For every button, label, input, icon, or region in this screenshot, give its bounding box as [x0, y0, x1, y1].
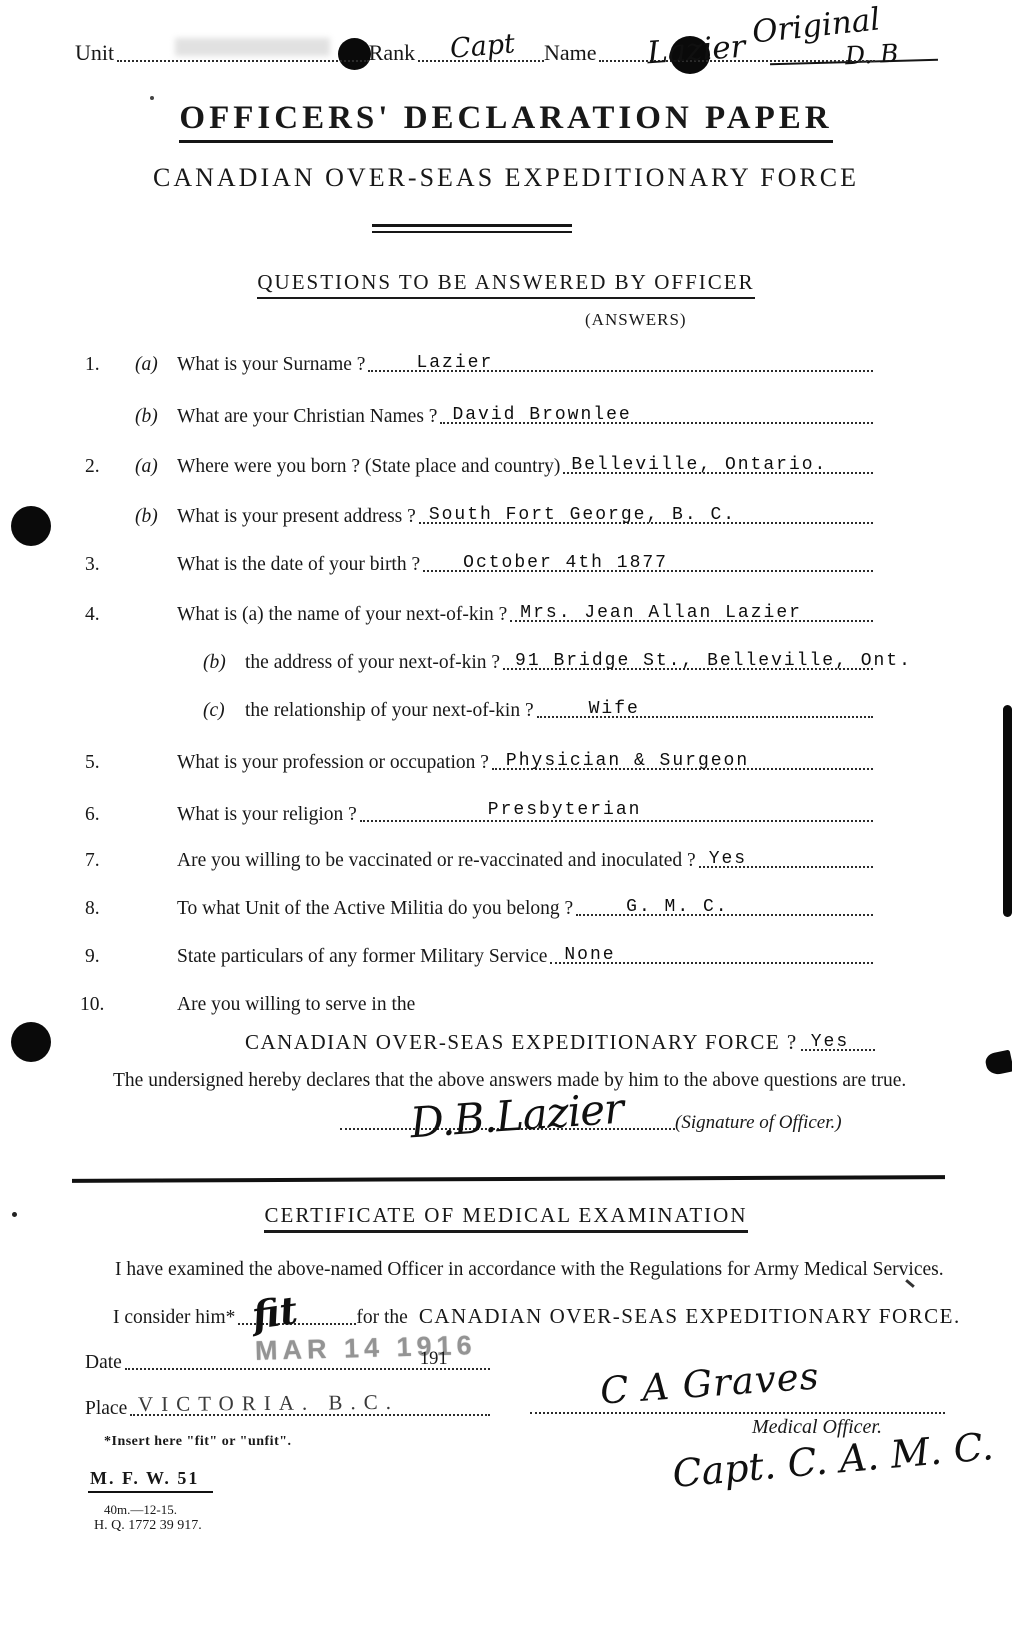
question-row: 4. What is (a) the name of your next-of-… [85, 604, 873, 626]
answer-value: Lazier [416, 353, 493, 373]
date-row: Date 191 [85, 1352, 490, 1374]
page-subtitle: CANADIAN OVER-SEAS EXPEDITIONARY FORCE [153, 163, 859, 192]
hq-number: H. Q. 1772 39 917. [94, 1518, 202, 1534]
place-field: VICTORIA. B.C. [130, 1406, 490, 1416]
answer-field: Yes [801, 1041, 875, 1051]
consider-force: CANADIAN OVER-SEAS EXPEDITIONARY FORCE. [411, 1304, 964, 1329]
force-question-row: CANADIAN OVER-SEAS EXPEDITIONARY FORCE ?… [245, 1030, 875, 1055]
date-year-prefix: 191 [420, 1349, 448, 1370]
question-row: 2. (a) Where were you born ? (State plac… [85, 456, 873, 478]
answer-value: Belleville, Ontario. [571, 455, 827, 475]
question-row: 6. What is your religion ? Presbyterian [85, 804, 873, 826]
answer-field: Yes [699, 858, 873, 868]
answers-label: (ANSWERS) [585, 310, 687, 330]
question-number: 6. [85, 804, 177, 826]
answer-value: G. M. C. [626, 897, 728, 917]
signature-field: D.B.Lazier [340, 1120, 675, 1130]
question-text: Where were you born ? (State place and c… [177, 456, 563, 478]
consider-prefix: I consider him* [113, 1307, 238, 1329]
question-sub: (b) [203, 652, 245, 674]
question-text: Are you willing to be vaccinated or re-v… [177, 850, 699, 872]
answer-value: Presbyterian [488, 800, 642, 820]
answer-field: Belleville, Ontario. [563, 464, 873, 474]
page-title: OFFICERS' DECLARATION PAPER [179, 100, 832, 143]
question-text: To what Unit of the Active Militia do yo… [177, 898, 576, 920]
form-number: M. F. W. 51 [88, 1468, 213, 1493]
question-row: 7. Are you willing to be vaccinated or r… [85, 850, 873, 872]
question-sub: (b) [135, 406, 177, 428]
scan-edge-mark [984, 1050, 1012, 1077]
question-row: 9. State particulars of any former Milit… [85, 946, 873, 968]
rank-field: Capt [418, 52, 544, 62]
question-row: (c) the relationship of your next-of-kin… [85, 700, 873, 722]
officer-signature: D.B.Lazier [409, 1084, 625, 1148]
question-text: the address of your next-of-kin ? [245, 652, 503, 674]
answer-field: Mrs. Jean Allan Lazier [510, 612, 873, 622]
force-question-text: CANADIAN OVER-SEAS EXPEDITIONARY FORCE ? [245, 1030, 801, 1055]
question-row: 8. To what Unit of the Active Militia do… [85, 898, 873, 920]
question-number: 8. [85, 898, 177, 920]
answer-field: Lazier [368, 362, 873, 372]
question-row: (b) the address of your next-of-kin ? 91… [85, 652, 873, 674]
question-row: 5. What is your profession or occupation… [85, 752, 873, 774]
divider-rule [372, 224, 572, 233]
answer-value: David Brownlee [452, 405, 631, 425]
answer-field: Presbyterian [360, 812, 873, 822]
answer-value: South Fort George, B. C. [429, 505, 736, 525]
question-text: What is the date of your birth ? [177, 554, 423, 576]
answer-value: None [564, 945, 615, 965]
section-rule [72, 1175, 945, 1183]
name-value: Lazier [646, 29, 747, 72]
question-text: Are you willing to serve in the [177, 994, 418, 1016]
question-text: State particulars of any former Military… [177, 946, 550, 968]
question-number: 1. [85, 354, 135, 376]
question-number: 5. [85, 752, 177, 774]
question-sub: (a) [135, 456, 177, 478]
answer-value: October 4th 1877 [463, 553, 668, 573]
answer-field: South Fort George, B. C. [419, 514, 873, 524]
consider-for: for the [356, 1307, 410, 1329]
question-number: 3. [85, 554, 177, 576]
question-text: What is your religion ? [177, 804, 360, 826]
place-value: VICTORIA. B.C. [138, 1390, 399, 1417]
medical-officer-signature-line [530, 1404, 945, 1414]
answer-field: G. M. C. [576, 906, 873, 916]
unit-label: Unit [75, 40, 117, 66]
answer-value: Mrs. Jean Allan Lazier [520, 603, 802, 623]
question-row: 3. What is the date of your birth ? Octo… [85, 554, 873, 576]
question-number: 9. [85, 946, 177, 968]
consider-row: I consider him* fit for the CANADIAN OVE… [113, 1304, 913, 1329]
examined-text: I have examined the above-named Officer … [75, 1255, 947, 1285]
certificate-heading: CERTIFICATE OF MEDICAL EXAMINATION [264, 1203, 747, 1233]
question-number: 10. [80, 994, 177, 1016]
rank-value: Capt [449, 28, 516, 65]
fitness-field: fit [238, 1315, 356, 1325]
declaration-text: The undersigned hereby declares that the… [113, 1070, 913, 1092]
questions-heading: QUESTIONS TO BE ANSWERED BY OFFICER [257, 270, 754, 299]
name-label: Name [544, 40, 600, 66]
scan-edge-mark [1003, 705, 1012, 917]
answer-field: Physician & Surgeon [492, 760, 873, 770]
signature-caption: (Signature of Officer.) [675, 1112, 845, 1134]
question-row: (b) What are your Christian Names ? Davi… [85, 406, 873, 428]
place-label: Place [85, 1398, 130, 1420]
place-row: Place VICTORIA. B.C. [85, 1398, 490, 1420]
date-label: Date [85, 1352, 125, 1374]
question-text: What is your profession or occupation ? [177, 752, 492, 774]
question-number: 2. [85, 456, 135, 478]
answer-value: Wife [589, 699, 640, 719]
question-row: 10. Are you willing to serve in the [80, 994, 868, 1016]
answer-field: None [550, 954, 873, 964]
question-sub: (b) [135, 506, 177, 528]
hole-punch [11, 506, 51, 546]
scanned-declaration-paper: Original D. B Unit Rank Capt Name Lazier… [0, 0, 1012, 1632]
question-text: What is your Surname ? [177, 354, 368, 376]
print-run: 40m.—12-15. [104, 1502, 177, 1518]
answer-value: Physician & Surgeon [506, 751, 749, 771]
question-text: What is (a) the name of your next-of-kin… [177, 604, 510, 626]
question-row: (b) What is your present address ? South… [85, 506, 873, 528]
fit-footnote: *Insert here "fit" or "unfit". [104, 1434, 292, 1450]
question-number: 7. [85, 850, 177, 872]
answer-field: October 4th 1877 [423, 562, 873, 572]
name-field: Lazier [599, 52, 875, 62]
question-row: 1. (a) What is your Surname ? Lazier [85, 354, 873, 376]
question-text: What are your Christian Names ? [177, 406, 440, 428]
answer-value: Yes [709, 849, 747, 869]
answer-field: David Brownlee [440, 414, 873, 424]
rank-label: Rank [369, 40, 418, 66]
question-sub: (c) [203, 700, 245, 722]
signature-row: D.B.Lazier (Signature of Officer.) [340, 1112, 885, 1134]
date-field: 191 [125, 1360, 490, 1370]
question-text: the relationship of your next-of-kin ? [245, 700, 537, 722]
answer-value: Yes [811, 1032, 849, 1052]
answer-field: 91 Bridge St., Belleville, Ont. [503, 660, 873, 670]
question-text: What is your present address ? [177, 506, 419, 528]
unit-field [117, 52, 369, 62]
answer-field: Wife [537, 708, 873, 718]
question-sub: (a) [135, 354, 177, 376]
hole-punch [11, 1022, 51, 1062]
unit-rank-name-row: Unit Rank Capt Name Lazier [75, 40, 875, 66]
fitness-value: fit [249, 1287, 300, 1338]
question-number: 4. [85, 604, 177, 626]
answer-value: 91 Bridge St., Belleville, Ont. [515, 651, 912, 671]
